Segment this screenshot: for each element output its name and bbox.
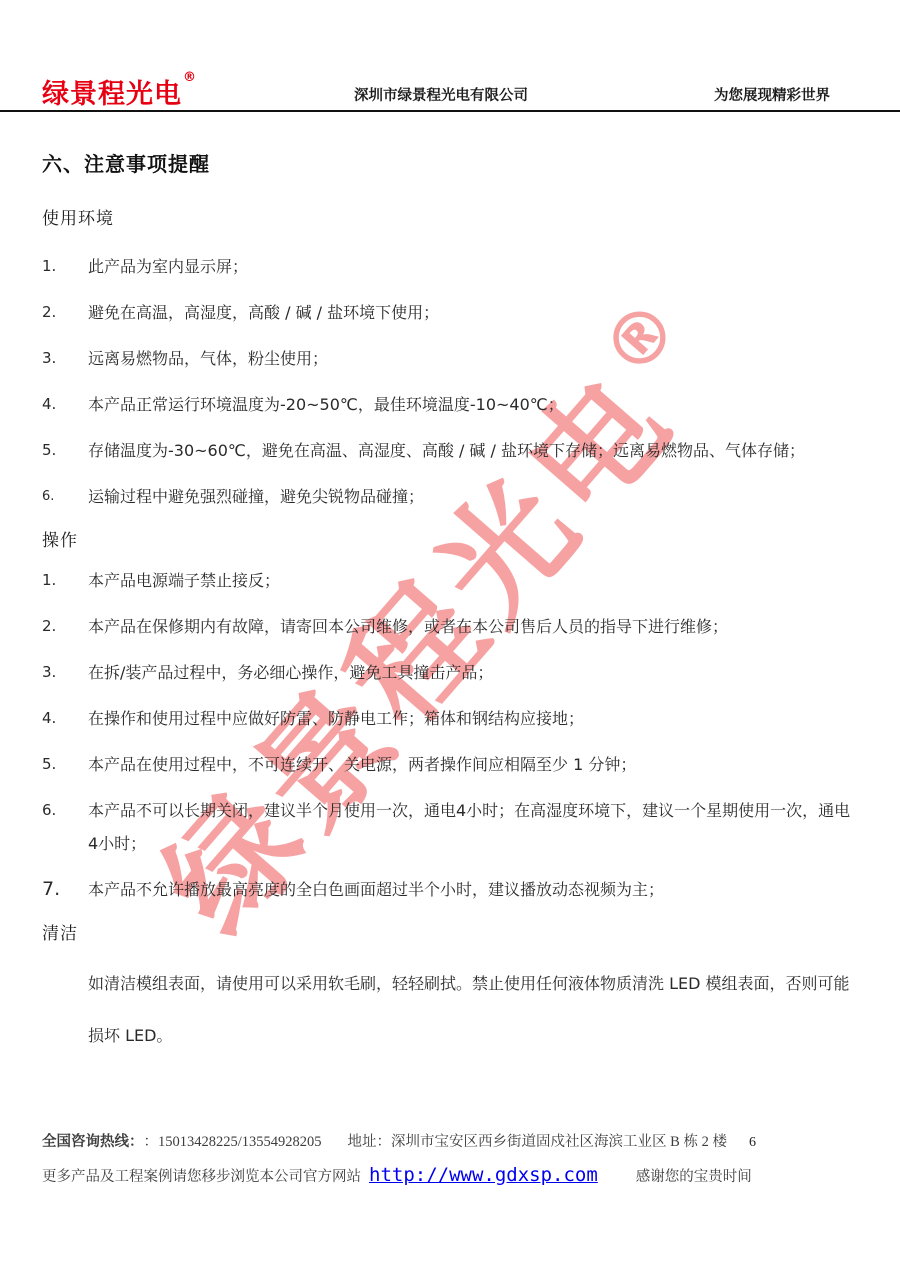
- list-item-text: 远离易燃物品，气体，粉尘使用；: [88, 342, 858, 375]
- list-item-text: 本产品电源端子禁止接反；: [88, 564, 858, 597]
- list-item: 6. 运输过程中避免强烈碰撞，避免尖锐物品碰撞；: [42, 480, 858, 513]
- list-item: 3. 远离易燃物品，气体，粉尘使用；: [42, 342, 858, 375]
- section-heading-usage-environment: 使用环境: [42, 204, 858, 229]
- list-item-number: 3.: [42, 656, 88, 689]
- list-item: 5. 存储温度为-30~60℃，避免在高温、高湿度、高酸 / 碱 / 盐环境下存…: [42, 434, 858, 467]
- list-item: 5. 本产品在使用过程中，不可连续开、关电源，两者操作间应相隔至少 1 分钟；: [42, 748, 858, 781]
- list-item-text: 本产品不允许播放最高亮度的全白色画面超过半个小时，建议播放动态视频为主；: [88, 873, 858, 906]
- list-item-text: 本产品在保修期内有故障，请寄回本公司维修，或者在本公司售后人员的指导下进行维修；: [88, 610, 858, 643]
- list-item: 2. 本产品在保修期内有故障，请寄回本公司维修，或者在本公司售后人员的指导下进行…: [42, 610, 858, 643]
- document-body: 六、注意事项提醒 使用环境 1. 此产品为室内显示屏； 2. 避免在高温，高湿度…: [0, 148, 900, 1062]
- logo-text: 绿景程光电: [42, 80, 182, 110]
- list-item: 4. 本产品正常运行环境温度为-20~50℃，最佳环境温度-10~40℃；: [42, 388, 858, 421]
- list-item: 1. 此产品为室内显示屏；: [42, 250, 858, 283]
- list-item-number: 5.: [42, 748, 88, 781]
- header-company-name: 深圳市绿景程光电有限公司: [354, 84, 528, 110]
- registered-trademark-icon: ®: [183, 70, 196, 85]
- list-item-text: 此产品为室内显示屏；: [88, 250, 858, 283]
- list-item-text: 本产品在使用过程中，不可连续开、关电源，两者操作间应相隔至少 1 分钟；: [88, 748, 858, 781]
- list-item-text: 存储温度为-30~60℃，避免在高温、高湿度、高酸 / 碱 / 盐环境下存储；远…: [88, 434, 858, 467]
- footer-line-website: 更多产品及工程案例请您移步浏览本公司官方网站 http://www.gdxsp.…: [42, 1159, 858, 1193]
- list-item-number: 2.: [42, 610, 88, 643]
- list-item: 3. 在拆/装产品过程中，务必细心操作，避免工具撞击产品；: [42, 656, 858, 689]
- section-heading-operation: 操作: [42, 526, 858, 551]
- footer-line-contact: 全国咨询热线： ：15013428225/13554928205 地址：深圳市宝…: [42, 1126, 858, 1159]
- company-address: 地址：深圳市宝安区西乡街道固戍社区海滨工业区 B 栋 2 楼: [348, 1126, 727, 1158]
- page-title: 六、注意事项提醒: [42, 148, 858, 177]
- page-header: 绿景程光电 ® 深圳市绿景程光电有限公司 为您展现精彩世界: [0, 0, 900, 112]
- list-item: 6. 本产品不可以长期关闭，建议半个月使用一次，通电4小时；在高湿度环境下，建议…: [42, 794, 858, 860]
- page-number: 6: [749, 1127, 756, 1159]
- list-item-number: 2.: [42, 296, 88, 329]
- list-item: 2. 避免在高温，高湿度，高酸 / 碱 / 盐环境下使用；: [42, 296, 858, 329]
- list-item: 7. 本产品不允许播放最高亮度的全白色画面超过半个小时，建议播放动态视频为主；: [42, 873, 858, 906]
- page-footer: 全国咨询热线： ：15013428225/13554928205 地址：深圳市宝…: [42, 1126, 858, 1193]
- list-item-text: 本产品正常运行环境温度为-20~50℃，最佳环境温度-10~40℃；: [88, 388, 858, 421]
- list-item-number: 1.: [42, 564, 88, 597]
- list-item: 1. 本产品电源端子禁止接反；: [42, 564, 858, 597]
- company-logo: 绿景程光电 ®: [42, 80, 196, 110]
- list-item-text: 在拆/装产品过程中，务必细心操作，避免工具撞击产品；: [88, 656, 858, 689]
- list-item-number: 6.: [42, 480, 88, 513]
- closing-text: 感谢您的宝贵时间: [636, 1161, 752, 1193]
- list-item: 4. 在操作和使用过程中应做好防雷、防静电工作；箱体和钢结构应接地；: [42, 702, 858, 735]
- hotline-label: 全国咨询热线：: [42, 1126, 144, 1158]
- list-item-text: 本产品不可以长期关闭，建议半个月使用一次，通电4小时；在高湿度环境下，建议一个星…: [88, 794, 858, 860]
- list-item-number: 1.: [42, 250, 88, 283]
- document-page: 绿景程光电® 绿景程光电 ® 深圳市绿景程光电有限公司 为您展现精彩世界 六、注…: [0, 0, 900, 1273]
- website-prefix-text: 更多产品及工程案例请您移步浏览本公司官方网站: [42, 1161, 361, 1193]
- hotline-numbers: ：15013428225/13554928205: [144, 1126, 322, 1158]
- cleaning-paragraph: 如清洁模组表面，请使用可以采用软毛刷，轻轻刷拭。禁止使用任何液体物质清洗 LED…: [88, 958, 858, 1062]
- list-item-number: 4.: [42, 702, 88, 735]
- list-item-number: 7.: [42, 873, 88, 906]
- list-item-text: 运输过程中避免强烈碰撞，避免尖锐物品碰撞；: [88, 480, 858, 513]
- list-item-number: 5.: [42, 434, 88, 467]
- list-item-number: 4.: [42, 388, 88, 421]
- list-item-text: 避免在高温，高湿度，高酸 / 碱 / 盐环境下使用；: [88, 296, 858, 329]
- list-item-text: 在操作和使用过程中应做好防雷、防静电工作；箱体和钢结构应接地；: [88, 702, 858, 735]
- header-slogan: 为您展现精彩世界: [714, 84, 830, 110]
- list-item-number: 6.: [42, 794, 88, 827]
- list-item-number: 3.: [42, 342, 88, 375]
- section-heading-cleaning: 清洁: [42, 919, 858, 944]
- website-link[interactable]: http://www.gdxsp.com: [369, 1159, 598, 1191]
